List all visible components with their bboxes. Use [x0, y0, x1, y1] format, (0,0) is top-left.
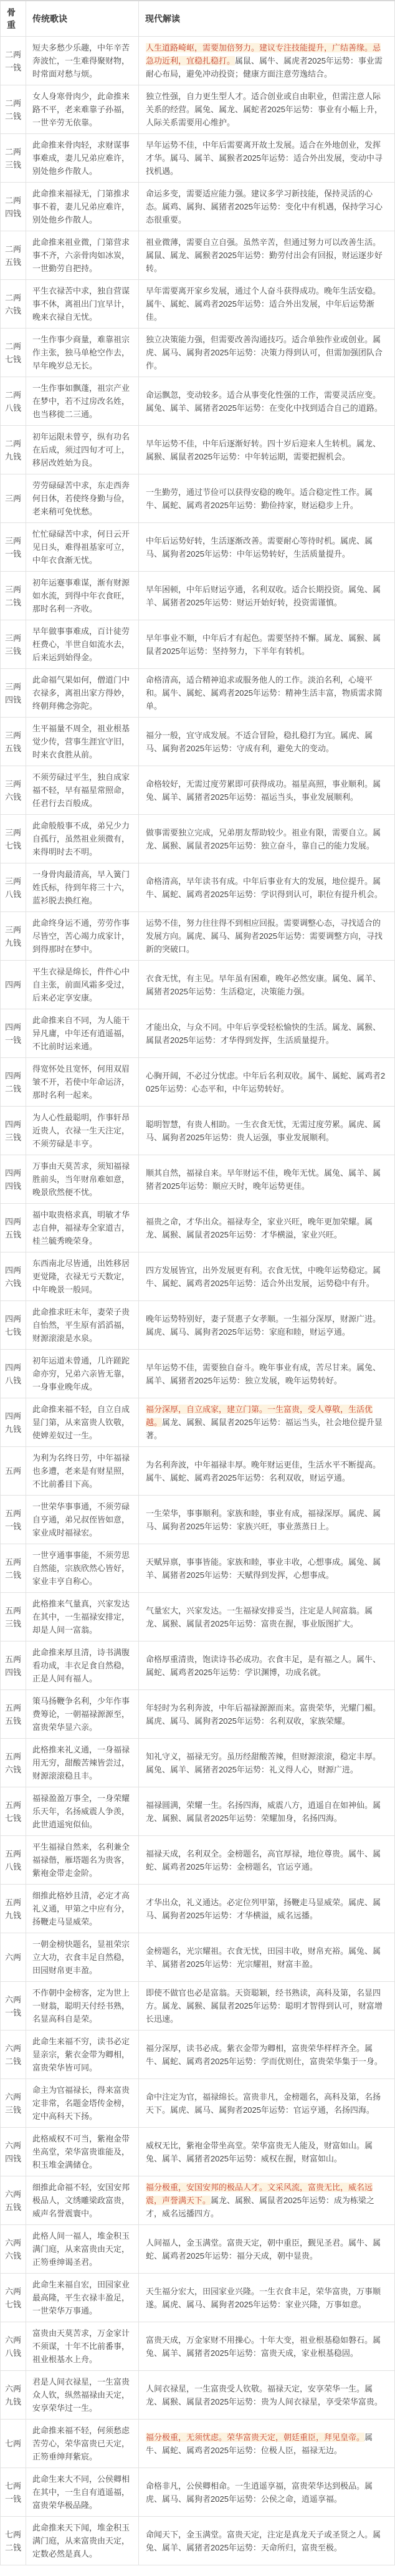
table-row: 二两一钱短夫多愁少乐趣，中年辛苦奔波忙，一生难得聚财物，时常面对愁与烦。人生道路…: [1, 37, 395, 85]
bone-weight-cell: 五两: [1, 1447, 26, 1496]
bone-weight-cell: 四两五钱: [1, 1204, 26, 1252]
interpretation-text: 命运飘忽，变动较多。适合从事变化性强的工作，需要灵活应变。属兔、属羊、属猪者20…: [146, 390, 383, 413]
interpretation-text: 早年困顿，中年后财运亨通，名利双收。适合长期投资。属兔、属羊、属猪者2025年运…: [146, 585, 381, 607]
traditional-verse-cell: 一世亨通事事能，不须劳思自然能，宗族欣然心皆好，家业丰亨自称心。: [26, 1544, 139, 1593]
traditional-verse-cell: 东西南北尽皆通，出姓移居更觉隆，衣禄无亏天数定，中年晚景一般同。: [26, 1252, 139, 1301]
table-row: 四两五钱福中取贵格求真，明敏才华志自伸，福禄寿全家道吉，桂兰毓秀晚荣身。福贵之命…: [1, 1204, 395, 1252]
modern-interpretation-cell: 早年运势不佳，中年后需要离开故土发展。适合在外地创业，发挥才华。属马、属羊、属猴…: [139, 134, 395, 183]
bone-weight-cell: 二两六钱: [1, 280, 26, 329]
bone-weight-cell: 三两三钱: [1, 620, 26, 669]
table-row: 六两一钱不作朝中金榜客，定为世上一财翁，聪明天付经书熟，名显高科自是荣。即使不做…: [1, 1982, 395, 2031]
interpretation-text: 心胸开阔，不必过分忧虑。中年后名利双收。属牛、属蛇、属鸡者2025年运势：心态平…: [146, 1071, 385, 1093]
interpretation-text: 衣食无忧，有主见。早年虽有困难，晚年必然安康。属兔、属羊、属猪者2025年运势：…: [146, 974, 381, 996]
interpretation-text: 早年事业不顺，中年后才有起色。需要坚持不懈。属龙、属猴、属鼠者2025年运势：坚…: [146, 633, 381, 656]
modern-interpretation-cell: 命格清高，早年读书有成。中年后事业有大的发展，地位提升。属牛、属蛇、属鸡者202…: [139, 863, 395, 912]
traditional-verse-cell: 此命推来福不轻，何须愁虑苦劳心，荣华富贵已天定，正笏垂绅拜紫宸。: [26, 2420, 139, 2468]
highlighted-text: 福分极重，无须忧虑。荣华富贵天定，朝廷重臣，拜见皇帝。: [146, 2433, 364, 2442]
modern-interpretation-cell: 气量宏大，兴家发达。一生福禄安排妥当，注定是人间富翁。属龙、属猴、属鼠者2025…: [139, 1593, 395, 1641]
table-row: 六两五钱细推此命福不轻，安国安邦极品人，文绣雕梁政富贵，威声名誉震寰中。福分极重…: [1, 2176, 395, 2225]
table-row: 四两一钱此命推来自不同，为人能干异凡庸，中年还有逍遥福，不比前时运来通。才能出众…: [1, 1009, 395, 1058]
bone-weight-cell: 七两一钱: [1, 2468, 26, 2517]
interpretation-text: 四方发展皆宜，出外发展更有利。衣食无忧，中晚年运势稳定。属牛、属蛇、属鸡者202…: [146, 1266, 381, 1288]
bone-weight-cell: 二两八钱: [1, 377, 26, 426]
table-row: 七两一钱此命生来大不同，公侯卿相在其中，一生自有逍遥福，富贵荣华极品隆。命格非凡…: [1, 2468, 395, 2517]
traditional-verse-cell: 平生衣禄苦中求，独自营谋事不休，离祖出门宜早计，晚来衣禄自无忧。: [26, 280, 139, 329]
bone-weight-cell: 五两四钱: [1, 1641, 26, 1690]
table-row: 六两一朝金榜快题名，显祖荣宗立大功，衣食丰足自然稳，田园财帛更丰盈。金榜题名，光…: [1, 1933, 395, 1982]
traditional-verse-cell: 平生衣禄是绵长，件件心中自主张，前面风霜多受过，后来必定享安康。: [26, 961, 139, 1009]
modern-interpretation-cell: 命格清高，适合精神追求或服务他人的工作。淡泊名利，心境平和。属牛、属蛇、属鸡者2…: [139, 669, 395, 718]
traditional-verse-cell: 富贵由天莫苦求，万金家计不须谋，十年不比前番事，祖业根基水上舟。: [26, 2322, 139, 2371]
traditional-verse-cell: 君是人间衣禄星，一生富贵众人钦，纵然福禄由天定，安享荣华过一生。: [26, 2371, 139, 2420]
column-header-traditional-verse: 传统歌诀: [26, 1, 139, 37]
bone-weight-cell: 二两四钱: [1, 183, 26, 231]
traditional-verse-cell: 此命生来福不穷，读书必定显亲宗，紫衣金带为卿相，富贵荣华皆可同。: [26, 2031, 139, 2079]
traditional-verse-cell: 此命推来福不轻，自立自成显门第，从来富贵人钦敬，使婢差奴过一生。: [26, 1398, 139, 1447]
table-row: 三两一钱忙忙碌碌苦中求，何日云开见日头，难得祖基家可立，中年衣食渐无忧。中年后运…: [1, 523, 395, 572]
modern-interpretation-cell: 才华出众，礼义通达。必定位列甲第，扬鞭走马显威荣。属虎、属马、属狗者2025年运…: [139, 1885, 395, 1933]
traditional-verse-cell: 此命生来福自宏，田园家业最高隆，平生衣禄丰盈足，一世荣华万事通。: [26, 2274, 139, 2322]
traditional-verse-cell: 平生福禄自然来，名利兼全福禄偕，雁塔题名为贵客，紫袍金带走金阶。: [26, 1836, 139, 1885]
table-row: 三两九钱此命终身运不通，劳劳作事尽皆空，苦心竭力成家计，到得那时在梦中。运势不佳…: [1, 912, 395, 961]
interpretation-text: 命中注定为官，福禄绵长。富贵非凡，金榜题名，高科及第，名扬天下。属虎、属马、属狗…: [146, 2092, 381, 2115]
interpretation-text: 独立性强，自力更生型人才。适合创业或自由职业，但需注意人际关系的经营。属兔、属龙…: [146, 92, 383, 127]
interpretation-text: 福禄天成，名利双全。金榜题名，高官厚禄，地位尊贵。属牛、属蛇、属鸡者2025年运…: [146, 1849, 381, 1872]
bone-weight-cell: 三两九钱: [1, 912, 26, 961]
bone-weight-cell: 三两六钱: [1, 766, 26, 815]
bone-weight-cell: 三两一钱: [1, 523, 26, 572]
interpretation-text: 晚年运势特别好，妻子贤惠子女孝顺。一生福分深厚，财源广进。属虎、属马、属狗者20…: [146, 1314, 381, 1337]
interpretation-text: 知礼守义，福禄无穷。虽历经甜酸苦辣，但财源滚滚，稳定丰厚。属兔、属羊、属猪者20…: [146, 1752, 381, 1774]
table-row: 四两四钱万事由天莫苦求，须知福禄胜前头，当年财帛难如意，晚景欣然便不忧。顺其自然…: [1, 1155, 395, 1204]
traditional-verse-cell: 此命般般事不成，弟兄少力自孤行，虽然祖业须微有，来得明时去不明。: [26, 815, 139, 863]
bone-weight-cell: 六两: [1, 1933, 26, 1982]
modern-interpretation-cell: 福分深厚，自立成家，建立门第。一生富贵，受人尊敬，生活优越。属龙、属猴、属鼠者2…: [139, 1398, 395, 1447]
traditional-verse-cell: 生平福量不周全，祖业根基觉少传，营事生涯宜守旧，时来衣食胜从前。: [26, 718, 139, 766]
interpretation-text: 人间福人，金玉满堂。富贵天定，朝中重臣，觐见圣君。属牛、属蛇、属鸡者2025年运…: [146, 2238, 381, 2261]
traditional-verse-cell: 初年运道未曾通，几许蹉跎命亦穷，兄弟六亲皆无靠，一身事业晚年成。: [26, 1350, 139, 1398]
interpretation-text: 顺其自然，福禄自来。早年财运不佳，晚年无忧。属兔、属羊、属猪者2025年运势：顺…: [146, 1168, 381, 1191]
modern-interpretation-cell: 命格厚重清贵，饱读诗书必成功。衣食丰足，是有福之人。属牛、属蛇、属鸡者2025年…: [139, 1641, 395, 1690]
table-row: 六两三钱命主为官福禄长，得来富贵定非常，名题金塔传金榜，定中高科天下扬。命中注定…: [1, 2079, 395, 2128]
traditional-verse-cell: 福中取贵格求真，明敏才华志自伸，福禄寿全家道吉，桂兰毓秀晚荣身。: [26, 1204, 139, 1252]
table-row: 三两八钱一身骨肉最清高，早入簧门姓氏标，待到年将三十六，蓝衫脱去换红袍。命格清高…: [1, 863, 395, 912]
modern-interpretation-cell: 命格非凡，公侯卿相命。一生逍遥享福，富贵荣华达到极品。属虎、属马、属狗者2025…: [139, 2468, 395, 2517]
bone-weight-cell: 五两五钱: [1, 1690, 26, 1739]
interpretation-text: 命格清高，适合精神追求或服务他人的工作。淡泊名利，心境平和。属牛、属蛇、属鸡者2…: [146, 675, 383, 711]
interpretation-text: 祖业微薄，需要自立自强。虽然辛苦，但通过努力可以改善生活。属鼠、属龙、属猴者20…: [146, 238, 383, 273]
modern-interpretation-cell: 知礼守义，福禄无穷。虽历经甜酸苦辣，但财源滚滚，稳定丰厚。属兔、属羊、属猪者20…: [139, 1739, 395, 1787]
modern-interpretation-cell: 早年运势不佳，中年后逐渐好转。四十岁后迎来人生转机。属龙、属猴、属鼠者2025年…: [139, 426, 395, 474]
bone-weight-cell: 二两一钱: [1, 37, 26, 85]
traditional-verse-cell: 此命推来福禄无，门第推求事不着，妻儿兄弟应难许，别处他乡作散人。: [26, 183, 139, 231]
table-row: 二两八钱一生作事如飘蓬，祖宗产业在梦中，若不过房改名姓，也当移徙二三通。命运飘忽…: [1, 377, 395, 426]
bone-weight-cell: 六两八钱: [1, 2322, 26, 2371]
table-row: 七两二钱此命推来天下闻，堆金积玉满门庭，从来富贵由天定，定数必然是真人。命闻天下…: [1, 2517, 395, 2565]
modern-interpretation-cell: 天赋异禀，事事皆能。家族和睦，事业丰收，心想事成。属兔、属羊、属猪者2025年运…: [139, 1544, 395, 1593]
bone-weight-cell: 二两七钱: [1, 329, 26, 377]
traditional-verse-cell: 命主为官福禄长，得来富贵定非常，名题金塔传金榜，定中高科天下扬。: [26, 2079, 139, 2128]
interpretation-text: 富贵天成，万金家财不用操心。十年大变，祖业根基稳如磐石。属兔、属羊、属猪者202…: [146, 2335, 381, 2358]
bone-weight-cell: 四两: [1, 961, 26, 1009]
bone-weight-cell: 三两五钱: [1, 718, 26, 766]
interpretation-text: 早年需要离开家乡发展，通过个人奋斗获得成功。晚年生活安稳。属牛、属蛇、属鸡者20…: [146, 286, 381, 322]
bone-weight-cell: 五两二钱: [1, 1544, 26, 1593]
table-row: 二两六钱平生衣禄苦中求，独自营谋事不休，离祖出门宜早计，晚来衣禄自无忧。早年需要…: [1, 280, 395, 329]
interpretation-text: 做事需要独立完成，兄弟朋友帮助较少。祖业有限，需要自立。属龙、属猴、属鼠者202…: [146, 828, 381, 850]
bone-weight-cell: 三两四钱: [1, 669, 26, 718]
bone-weight-cell: 四两八钱: [1, 1350, 26, 1398]
modern-interpretation-cell: 即使不做官也必是富翁。天资聪颖，经书熟读，高科及第，名显四方。属龙、属猴、属鼠者…: [139, 1982, 395, 2031]
bone-weight-cell: 三两八钱: [1, 863, 26, 912]
traditional-verse-cell: 不作朝中金榜客，定为世上一财翁，聪明天付经书熟，名显高科自是荣。: [26, 1982, 139, 2031]
bone-weight-cell: 五两三钱: [1, 1593, 26, 1641]
bone-weight-cell: 五两九钱: [1, 1885, 26, 1933]
table-row: 五两五钱策马扬鞭争名利，少年作事费筹论，一朝福禄源源至，富贵荣华显六亲。年轻时为…: [1, 1690, 395, 1739]
bone-weight-cell: 四两二钱: [1, 1058, 26, 1107]
bone-weight-cell: 五两七钱: [1, 1787, 26, 1836]
bone-weight-cell: 四两九钱: [1, 1398, 26, 1447]
modern-interpretation-cell: 一生荣华，事事顺利。家族和睦，事业有成，福禄深厚。属虎、属马、属狗者2025年运…: [139, 1496, 395, 1544]
table-row: 五两九钱细推此格妙且清，必定才高礼义通，甲第之中应有分，扬鞭走马显威荣。才华出众…: [1, 1885, 395, 1933]
interpretation-text: 属龙、属猴、属鼠者2025年运势：福运当头，社会地位提升显著。: [146, 1418, 383, 1440]
bone-weight-cell: 六两二钱: [1, 2031, 26, 2079]
traditional-verse-cell: 女人身寒骨肉少，此命推来路不平，老来难靠子孙福，一世辛劳无依靠。: [26, 85, 139, 134]
bone-weight-cell: 六两九钱: [1, 2371, 26, 2420]
bone-weight-cell: 四两三钱: [1, 1107, 26, 1155]
bone-weight-cell: 七两二钱: [1, 2517, 26, 2565]
bone-weight-cell: 五两六钱: [1, 1739, 26, 1787]
modern-interpretation-cell: 祖业微薄，需要自立自强。虽然辛苦，但通过努力可以改善生活。属鼠、属龙、属猴者20…: [139, 231, 395, 280]
traditional-verse-cell: 此命推来自不同，为人能干异凡庸，中年还有逍遥福，不比前时运来通。: [26, 1009, 139, 1058]
modern-interpretation-cell: 福分极重，无须忧虑。荣华富贵天定，朝廷重臣，拜见皇帝。属牛、属蛇、属鸡者2025…: [139, 2420, 395, 2468]
table-row: 三两四钱此命福气果如何，僧道门中衣禄多，离祖出家方得妙，终朝拜佛念弥陀。命格清高…: [1, 669, 395, 718]
bone-weight-cell: 六两四钱: [1, 2128, 26, 2176]
table-header-row: 骨重 传统歌诀 现代解读: [1, 1, 395, 37]
modern-interpretation-cell: 衣食无忧，有主见。早年虽有困难，晚年必然安康。属兔、属羊、属猪者2025年运势：…: [139, 961, 395, 1009]
modern-interpretation-cell: 金榜题名，光宗耀祖。衣食无忧，田园丰收，财帛充裕。属兔、属羊、属猪者2025年运…: [139, 1933, 395, 1982]
modern-interpretation-cell: 人间衣禄星，一生富贵受人钦敬。福禄天定，安享荣华一生。属龙、属猴、属鼠者2025…: [139, 2371, 395, 2420]
modern-interpretation-cell: 福禄天成，名利双全。金榜题名，高官厚禄，地位尊贵。属牛、属蛇、属鸡者2025年运…: [139, 1836, 395, 1885]
traditional-verse-cell: 此命福气果如何，僧道门中衣禄多，离祖出家方得妙，终朝拜佛念弥陀。: [26, 669, 139, 718]
table-row: 六两二钱此命生来福不穷，读书必定显亲宗，紫衣金带为卿相，富贵荣华皆可同。福分深厚…: [1, 2031, 395, 2079]
table-row: 二两五钱此命推来祖业微，门第营求事不齐，六亲骨肉如冰炭，一世勤劳自把持。祖业微薄…: [1, 231, 395, 280]
bone-weight-cell: 三两二钱: [1, 572, 26, 620]
modern-interpretation-cell: 命格较好，无需过度劳累即可获得成功。福星高照，事业顺利。属兔、属羊、属猪者202…: [139, 766, 395, 815]
bone-weight-cell: 四两一钱: [1, 1009, 26, 1058]
modern-interpretation-cell: 福分极重，安国安邦的极品人才。文采风流，富贵无比，威名远震，声誉满天下。属龙、属…: [139, 2176, 395, 2225]
bone-weight-cell: 六两三钱: [1, 2079, 26, 2128]
modern-interpretation-cell: 富贵天成，万金家财不用操心。十年大变，祖业根基稳如磐石。属兔、属羊、属猪者202…: [139, 2322, 395, 2371]
table-row: 五两六钱此格推来礼义通，一身福禄用无穷，甜酸苦辣皆尝过，财源滚滚稳且丰。知礼守义…: [1, 1739, 395, 1787]
modern-interpretation-cell: 人间福人，金玉满堂。富贵天定，朝中重臣，觐见圣君。属牛、属蛇、属鸡者2025年运…: [139, 2225, 395, 2274]
modern-interpretation-cell: 命运多变，需要适应能力强。建议多学习新技能，保持灵活的心态。属鸡、属狗、属猪者2…: [139, 183, 395, 231]
interpretation-text: 早年运势不佳，中年后需要离开故土发展。适合在外地创业，发挥才华。属马、属羊、属猴…: [146, 140, 383, 176]
interpretation-text: 天生福分宏大，田园家业兴隆。一生衣食丰足，荣华富贵，万事顺遂。属虎、属马、属狗者…: [146, 2287, 381, 2309]
traditional-verse-cell: 劳劳碌碌苦中求，东走西奔何日休，若使终身勤与俭，老来稍可免忧愁。: [26, 474, 139, 523]
table-row: 六两七钱此命生来福自宏，田园家业最高隆，平生衣禄丰盈足，一世荣华万事通。天生福分…: [1, 2274, 395, 2322]
modern-interpretation-cell: 心胸开阔，不必过分忧虑。中年后名利双收。属牛、属蛇、属鸡者2025年运势：心态平…: [139, 1058, 395, 1107]
traditional-verse-cell: 短夫多愁少乐趣，中年辛苦奔波忙，一生难得聚财物，时常面对愁与烦。: [26, 37, 139, 85]
modern-interpretation-cell: 顺其自然，福禄自来。早年财运不佳，晚年无忧。属兔、属羊、属猪者2025年运势：顺…: [139, 1155, 395, 1204]
table-row: 六两六钱此格人间一福人，堆金积玉满门庭，从来富贵由天定，正笏垂绅谒圣君。人间福人…: [1, 2225, 395, 2274]
table-row: 五两为利为名终日劳，中年福禄也多遭，老来是有财星照，不比前番目下高。为名利奔波，…: [1, 1447, 395, 1496]
traditional-verse-cell: 此命生来大不同，公侯卿相在其中，一生自有逍遥福，富贵荣华极品隆。: [26, 2468, 139, 2517]
modern-interpretation-cell: 福贵之命，才华出众。福禄寿全，家业兴旺，晚年更加荣耀。属龙、属猴、属鼠者2025…: [139, 1204, 395, 1252]
interpretation-text: 才能出众，与众不同。中年后享受轻松愉快的生活。属龙、属猴、属鼠者2025年运势：…: [146, 1022, 381, 1045]
bone-weight-cell: 四两七钱: [1, 1301, 26, 1350]
table-row: 二两四钱此命推来福禄无，门第推求事不着，妻儿兄弟应难许，别处他乡作散人。命运多变…: [1, 183, 395, 231]
column-header-modern-interpretation: 现代解读: [139, 1, 395, 37]
modern-interpretation-cell: 一生勤劳，通过节俭可以获得安稳的晚年。适合稳定性工作。属牛、属蛇、属鸡者2025…: [139, 474, 395, 523]
interpretation-text: 命格非凡，公侯卿相命。一生逍遥享福，富贵荣华达到极品。属虎、属马、属狗者2025…: [146, 2481, 373, 2504]
traditional-verse-cell: 忙忙碌碌苦中求，何日云开见日头，难得祖基家可立，中年衣食渐无忧。: [26, 523, 139, 572]
fortune-table: 骨重 传统歌诀 现代解读 二两一钱短夫多愁少乐趣，中年辛苦奔波忙，一生难得聚财物…: [0, 0, 395, 2565]
interpretation-text: 气量宏大，兴家发达。一生福禄安排妥当，注定是人间富翁。属龙、属猴、属鼠者2025…: [146, 1606, 373, 1628]
table-body: 二两一钱短夫多愁少乐趣，中年辛苦奔波忙，一生难得聚财物，时常面对愁与烦。人生道路…: [1, 37, 395, 2565]
table-row: 三两六钱不须劳碌过平生，独自成家福不轻，早有福星常照命，任君行去百般成。命格较好…: [1, 766, 395, 815]
modern-interpretation-cell: 聪明智慧，有贵人相助。一生衣食无忧，无需过度劳累。属虎、属马、属狗者2025年运…: [139, 1107, 395, 1155]
traditional-verse-cell: 此命终身运不通，劳劳作事尽皆空，苦心竭力成家计，到得那时在梦中。: [26, 912, 139, 961]
table-row: 五两三钱此格推来气量真，兴家发达在其中，一生福禄安排定，却是人间一富翁。气量宏大…: [1, 1593, 395, 1641]
table-row: 四两九钱此命推来福不轻，自立自成显门第，从来富贵人钦敬，使婢差奴过一生。福分深厚…: [1, 1398, 395, 1447]
interpretation-text: 才华出众，礼义通达。必定位列甲第，扬鞭走马显威荣。属虎、属马、属狗者2025年运…: [146, 1898, 381, 1920]
traditional-verse-cell: 此命推来祖业微，门第营求事不齐，六亲骨肉如冰炭，一世勤劳自把持。: [26, 231, 139, 280]
bone-weight-cell: 三两七钱: [1, 815, 26, 863]
interpretation-text: 一生勤劳，通过节俭可以获得安稳的晚年。适合稳定性工作。属牛、属蛇、属鸡者2025…: [146, 488, 373, 510]
traditional-verse-cell: 细推此格妙且清，必定才高礼义通，甲第之中应有分，扬鞭走马显威荣。: [26, 1885, 139, 1933]
bone-weight-cell: 六两五钱: [1, 2176, 26, 2225]
modern-interpretation-cell: 四方发展皆宜，出外发展更有利。衣食无忧，中晚年运势稳定。属牛、属蛇、属鸡者202…: [139, 1252, 395, 1301]
table-row: 六两四钱此格威权不可当，紫袍金带坐高堂，荣华富贵谁能及，积玉堆金满储仓。威权无比…: [1, 2128, 395, 2176]
modern-interpretation-cell: 中年后运势好转，生活逐渐改善。需要耐心等待时机。属虎、属马、属狗者2025年运势…: [139, 523, 395, 572]
table-row: 四两三钱为人心性最聪明，作事轩昂近贵人，衣禄一生天注定，不须劳碌是丰亨。聪明智慧…: [1, 1107, 395, 1155]
modern-interpretation-cell: 独立性强，自力更生型人才。适合创业或自由职业，但需注意人际关系的经营。属兔、属龙…: [139, 85, 395, 134]
modern-interpretation-cell: 福禄圆满，荣耀一生。名扬四海，威震八方，逍遥自在如神仙。属龙、属猴、属鼠者202…: [139, 1787, 395, 1836]
traditional-verse-cell: 一身骨肉最清高，早入簧门姓氏标，待到年将三十六，蓝衫脱去换红袍。: [26, 863, 139, 912]
traditional-verse-cell: 一朝金榜快题名，显祖荣宗立大功，衣食丰足自然稳，田园财帛更丰盈。: [26, 1933, 139, 1982]
traditional-verse-cell: 此命推来天下闻，堆金积玉满门庭，从来富贵由天定，定数必然是真人。: [26, 2517, 139, 2565]
table-row: 五两二钱一世亨通事事能，不须劳思自然能，宗族欣然心皆好，家业丰亨自称心。天赋异禀…: [1, 1544, 395, 1593]
table-row: 五两四钱此命推来厚且清，诗书满腹看功成，丰衣足食自然稳，正是人间有福人。命格厚重…: [1, 1641, 395, 1690]
table-row: 七两此命推来福不轻，何须愁虑苦劳心，荣华富贵已天定，正笏垂绅拜紫宸。福分极重，无…: [1, 2420, 395, 2468]
traditional-verse-cell: 此命推求旺末年，妻荣子贵自怡然，平生原有滔滔福，财源滚滚是水泉。: [26, 1301, 139, 1350]
table-row: 四两六钱东西南北尽皆通，出姓移居更觉隆，衣禄无亏天数定，中年晚景一般同。四方发展…: [1, 1252, 395, 1301]
table-row: 三两三钱早年做事事难成，百计徒劳枉费心，半世自如流水去，后来运到始得金。早年事业…: [1, 620, 395, 669]
bone-weight-cell: 二两二钱: [1, 85, 26, 134]
interpretation-text: 福贵之命，才华出众。福禄寿全，家业兴旺，晚年更加荣耀。属龙、属猴、属鼠者2025…: [146, 1217, 373, 1239]
interpretation-text: 命格较好，无需过度劳累即可获得成功。福星高照，事业顺利。属兔、属羊、属猪者202…: [146, 779, 381, 802]
table-row: 五两七钱福禄盈盈万事全，一身荣耀乐天年，名扬威震人争羡，此世逍遥宛似仙。福禄圆满…: [1, 1787, 395, 1836]
bone-weight-cell: 四两四钱: [1, 1155, 26, 1204]
modern-interpretation-cell: 晚年运势特别好，妻子贤惠子女孝顺。一生福分深厚，财源广进。属虎、属马、属狗者20…: [139, 1301, 395, 1350]
interpretation-text: 年轻时为名利奔波，中年后福禄源源而来。富贵荣华，光耀门楣。属虎、属马、属狗者20…: [146, 1703, 381, 1726]
bone-weight-cell: 六两六钱: [1, 2225, 26, 2274]
table-row: 三两七钱此命般般事不成，弟兄少力自孤行，虽然祖业须微有，来得明时去不明。做事需要…: [1, 815, 395, 863]
traditional-verse-cell: 此命推来厚且清，诗书满腹看功成，丰衣足食自然稳，正是人间有福人。: [26, 1641, 139, 1690]
traditional-verse-cell: 得宽怀处且宽怀，何用双眉皱不开，若使中年命运济，那时名利一起来。: [26, 1058, 139, 1107]
interpretation-text: 命格清高，早年读书有成。中年后事业有大的发展，地位提升。属牛、属蛇、属鸡者202…: [146, 877, 383, 899]
column-header-bone-weight: 骨重: [1, 1, 26, 37]
interpretation-text: 威权无比，紫袍金带坐高堂。荣华富贵无人能及，财富如山。属兔、属羊、属猪者2025…: [146, 2141, 373, 2163]
modern-interpretation-cell: 为名利奔波，中年福禄丰厚。晚年财运更佳，生活水平不断提高。属牛、属蛇、属鸡者20…: [139, 1447, 395, 1496]
table-row: 五两八钱平生福禄自然来，名利兼全福禄偕，雁塔题名为贵客，紫袍金带走金阶。福禄天成…: [1, 1836, 395, 1885]
modern-interpretation-cell: 才能出众，与众不同。中年后享受轻松愉快的生活。属龙、属猴、属鼠者2025年运势：…: [139, 1009, 395, 1058]
bone-weight-cell: 二两九钱: [1, 426, 26, 474]
interpretation-text: 中年后运势好转，生活逐渐改善。需要耐心等待时机。属虎、属马、属狗者2025年运势…: [146, 536, 373, 559]
traditional-verse-cell: 此格人间一福人，堆金积玉满门庭，从来富贵由天定，正笏垂绅谒圣君。: [26, 2225, 139, 2274]
table-row: 六两八钱富贵由天莫苦求，万金家计不须谋，十年不比前番事，祖业根基水上舟。富贵天成…: [1, 2322, 395, 2371]
modern-interpretation-cell: 天生福分宏大，田园家业兴隆。一生衣食丰足，荣华富贵，万事顺遂。属虎、属马、属狗者…: [139, 2274, 395, 2322]
traditional-verse-cell: 细推此命福不轻，安国安邦极品人，文绣雕梁政富贵，威声名誉震寰中。: [26, 2176, 139, 2225]
modern-interpretation-cell: 命中注定为官，福禄绵长。富贵非凡，金榜题名，高科及第，名扬天下。属虎、属马、属狗…: [139, 2079, 395, 2128]
bone-weight-cell: 四两六钱: [1, 1252, 26, 1301]
interpretation-text: 命闻天下，金玉满堂。富贵天定，注定是真龙天子或圣贤之人。属兔、属羊、属猪者202…: [146, 2530, 381, 2552]
modern-interpretation-cell: 命闻天下，金玉满堂。富贵天定，注定是真龙天子或圣贤之人。属兔、属羊、属猪者202…: [139, 2517, 395, 2565]
bone-weight-cell: 六两七钱: [1, 2274, 26, 2322]
table-row: 四两七钱此命推求旺末年，妻荣子贵自怡然，平生原有滔滔福，财源滚滚是水泉。晚年运势…: [1, 1301, 395, 1350]
interpretation-text: 聪明智慧，有贵人相助。一生衣食无忧，无需过度劳累。属虎、属马、属狗者2025年运…: [146, 1120, 381, 1142]
traditional-verse-cell: 初年运限未曾亨，纵有功名在后成，须过四旬才可上，移居改姓始为良。: [26, 426, 139, 474]
traditional-verse-cell: 万事由天莫苦求，须知福禄胜前头，当年财帛难如意，晚景欣然便不忧。: [26, 1155, 139, 1204]
interpretation-text: 福禄圆满，荣耀一生。名扬四海，威震八方，逍遥自在如神仙。属龙、属猴、属鼠者202…: [146, 1800, 381, 1823]
modern-interpretation-cell: 命运飘忽，变动较多。适合从事变化性强的工作，需要灵活应变。属兔、属羊、属猪者20…: [139, 377, 395, 426]
traditional-verse-cell: 一生作事少商量，难靠祖宗作主张，独马单枪空作去，早年晚岁总无长。: [26, 329, 139, 377]
interpretation-text: 早年运势不佳，中年后逐渐好转。四十岁后迎来人生转机。属龙、属猴、属鼠者2025年…: [146, 439, 381, 461]
table-row: 二两二钱女人身寒骨肉少，此命推来路不平，老来难靠子孙福，一世辛劳无依靠。独立性强…: [1, 85, 395, 134]
bone-weight-cell: 二两五钱: [1, 231, 26, 280]
table-row: 二两七钱一生作事少商量，难靠祖宗作主张，独马单枪空作去，早年晚岁总无长。独立决策…: [1, 329, 395, 377]
interpretation-text: 即使不做官也必是富翁。天资聪颖，经书熟读，高科及第，名显四方。属龙、属猴、属鼠者…: [146, 1988, 383, 2024]
table-row: 四两二钱得宽怀处且宽怀，何用双眉皱不开，若使中年命运济，那时名利一起来。心胸开阔…: [1, 1058, 395, 1107]
interpretation-text: 一生荣华，事事顺利。家族和睦，事业有成，福禄深厚。属虎、属马、属狗者2025年运…: [146, 1509, 381, 1531]
interpretation-text: 为名利奔波，中年福禄丰厚。晚年财运更佳，生活水平不断提高。属牛、属蛇、属鸡者20…: [146, 1460, 381, 1483]
traditional-verse-cell: 此格推来气量真，兴家发达在其中，一生福禄安排定，却是人间一富翁。: [26, 1593, 139, 1641]
traditional-verse-cell: 此命推来骨肉轻，求财谋事事难成，妻儿兄弟应难许，别处他乡作散人。: [26, 134, 139, 183]
interpretation-text: 独立决策能力强，但需要改善沟通技巧。适合单独作业或创业。属虎、属马、属狗者202…: [146, 335, 383, 370]
modern-interpretation-cell: 早年困顿，中年后财运亨通，名利双收。适合长期投资。属兔、属羊、属猪者2025年运…: [139, 572, 395, 620]
modern-interpretation-cell: 年轻时为名利奔波，中年后福禄源源而来。富贵荣华，光耀门楣。属虎、属马、属狗者20…: [139, 1690, 395, 1739]
traditional-verse-cell: 为利为名终日劳，中年福禄也多遭，老来是有财星照，不比前番目下高。: [26, 1447, 139, 1496]
traditional-verse-cell: 福禄盈盈万事全，一身荣耀乐天年，名扬威震人争羡，此世逍遥宛似仙。: [26, 1787, 139, 1836]
traditional-verse-cell: 为人心性最聪明，作事轩昂近贵人，衣禄一生天注定，不须劳碌是丰亨。: [26, 1107, 139, 1155]
traditional-verse-cell: 早年做事事难成，百计徒劳枉费心，半世自如流水去，后来运到始得金。: [26, 620, 139, 669]
interpretation-text: 金榜题名，光宗耀祖。衣食无忧，田园丰收，财帛充裕。属兔、属羊、属猪者2025年运…: [146, 1946, 381, 1969]
bone-weight-cell: 七两: [1, 2420, 26, 2468]
table-row: 二两九钱初年运限未曾亨，纵有功名在后成，须过四旬才可上，移居改姓始为良。早年运势…: [1, 426, 395, 474]
bone-weight-cell: 六两一钱: [1, 1982, 26, 2031]
modern-interpretation-cell: 做事需要独立完成，兄弟朋友帮助较少。祖业有限，需要自立。属龙、属猴、属鼠者202…: [139, 815, 395, 863]
traditional-verse-cell: 一生作事如飘蓬，祖宗产业在梦中，若不过房改名姓，也当移徙二三通。: [26, 377, 139, 426]
bone-weight-cell: 三两: [1, 474, 26, 523]
table-row: 三两五钱生平福量不周全，祖业根基觉少传，营事生涯宜守旧，时来衣食胜从前。福分一般…: [1, 718, 395, 766]
traditional-verse-cell: 初年运蹇事难谋，渐有财源如水流，到得中年衣食旺，那时名利一齐收。: [26, 572, 139, 620]
modern-interpretation-cell: 人生道路崎岖，需要加倍努力。建议专注技能提升，广结善缘。忌急功近利，宜稳扎稳打。…: [139, 37, 395, 85]
interpretation-text: 运势不佳，努力往往得不到相应回报。需要调整心态，寻找适合的发展方向。属虎、属马、…: [146, 918, 383, 954]
table-row: 二两三钱此命推来骨肉轻，求财谋事事难成，妻儿兄弟应难许，别处他乡作散人。早年运势…: [1, 134, 395, 183]
traditional-verse-cell: 不须劳碌过平生，独自成家福不轻，早有福星常照命，任君行去百般成。: [26, 766, 139, 815]
modern-interpretation-cell: 福分深厚，读书必成。紫衣金带为卿相，富贵荣华样样齐全。属牛、属蛇、属鸡者2025…: [139, 2031, 395, 2079]
bone-weight-cell: 五两八钱: [1, 1836, 26, 1885]
interpretation-text: 福分一般，宜守成发展。不适合冒险，稳扎稳打为宜。属虎、属马、属狗者2025年运势…: [146, 731, 373, 753]
interpretation-text: 人间衣禄星，一生富贵受人钦敬。福禄天定，安享荣华一生。属龙、属猴、属鼠者2025…: [146, 2384, 383, 2406]
bone-weight-cell: 五两一钱: [1, 1496, 26, 1544]
traditional-verse-cell: 此格推来礼义通，一身福禄用无穷，甜酸苦辣皆尝过，财源滚滚稳且丰。: [26, 1739, 139, 1787]
table-row: 三两劳劳碌碌苦中求，东走西奔何日休，若使终身勤与俭，老来稍可免忧愁。一生勤劳，通…: [1, 474, 395, 523]
table-row: 五两一钱一世荣华事事通，不须劳碌自亨通，弟兄叔侄皆如意，家业成时福禄宏。一生荣华…: [1, 1496, 395, 1544]
interpretation-text: 命运多变，需要适应能力强。建议多学习新技能，保持灵活的心态。属鸡、属狗、属猪者2…: [146, 189, 383, 224]
modern-interpretation-cell: 福分一般，宜守成发展。不适合冒险，稳扎稳打为宜。属虎、属马、属狗者2025年运势…: [139, 718, 395, 766]
table-row: 六两九钱君是人间衣禄星，一生富贵众人钦，纵然福禄由天定，安享荣华过一生。人间衣禄…: [1, 2371, 395, 2420]
interpretation-text: 福分深厚，读书必成。紫衣金带为卿相，富贵荣华样样齐全。属牛、属蛇、属鸡者2025…: [146, 2044, 383, 2066]
modern-interpretation-cell: 独立决策能力强，但需要改善沟通技巧。适合单独作业或创业。属虎、属马、属狗者202…: [139, 329, 395, 377]
modern-interpretation-cell: 早年事业不顺，中年后才有起色。需要坚持不懈。属龙、属猴、属鼠者2025年运势：坚…: [139, 620, 395, 669]
modern-interpretation-cell: 运势不佳，努力往往得不到相应回报。需要调整心态，寻找适合的发展方向。属虎、属马、…: [139, 912, 395, 961]
modern-interpretation-cell: 早年需要离开家乡发展，通过个人奋斗获得成功。晚年生活安稳。属牛、属蛇、属鸡者20…: [139, 280, 395, 329]
traditional-verse-cell: 策马扬鞭争名利，少年作事费筹论，一朝福禄源源至，富贵荣华显六亲。: [26, 1690, 139, 1739]
table-row: 四两平生衣禄是绵长，件件心中自主张，前面风霜多受过，后来必定享安康。衣食无忧，有…: [1, 961, 395, 1009]
interpretation-text: 命格厚重清贵，饱读诗书必成功。衣食丰足，是有福之人。属牛、属蛇、属鸡者2025年…: [146, 1655, 381, 1677]
traditional-verse-cell: 一世荣华事事通，不须劳碌自亨通，弟兄叔侄皆如意，家业成时福禄宏。: [26, 1496, 139, 1544]
table-row: 三两二钱初年运蹇事难谋，渐有财源如水流，到得中年衣食旺，那时名利一齐收。早年困顿…: [1, 572, 395, 620]
modern-interpretation-cell: 早年运势不佳，需要独自奋斗。晚年事业有成，苦尽甘来。属兔、属羊、属猪者2025年…: [139, 1350, 395, 1398]
bone-weight-cell: 二两三钱: [1, 134, 26, 183]
traditional-verse-cell: 此格威权不可当，紫袍金带坐高堂，荣华富贵谁能及，积玉堆金满储仓。: [26, 2128, 139, 2176]
interpretation-text: 早年运势不佳，需要独自奋斗。晚年事业有成，苦尽甘来。属兔、属羊、属猪者2025年…: [146, 1363, 381, 1385]
interpretation-text: 天赋异禀，事事皆能。家族和睦，事业丰收，心想事成。属兔、属羊、属猪者2025年运…: [146, 1557, 381, 1580]
table-row: 四两八钱初年运道未曾通，几许蹉跎命亦穷，兄弟六亲皆无靠，一身事业晚年成。早年运势…: [1, 1350, 395, 1398]
modern-interpretation-cell: 威权无比，紫袍金带坐高堂。荣华富贵无人能及，财富如山。属兔、属羊、属猪者2025…: [139, 2128, 395, 2176]
